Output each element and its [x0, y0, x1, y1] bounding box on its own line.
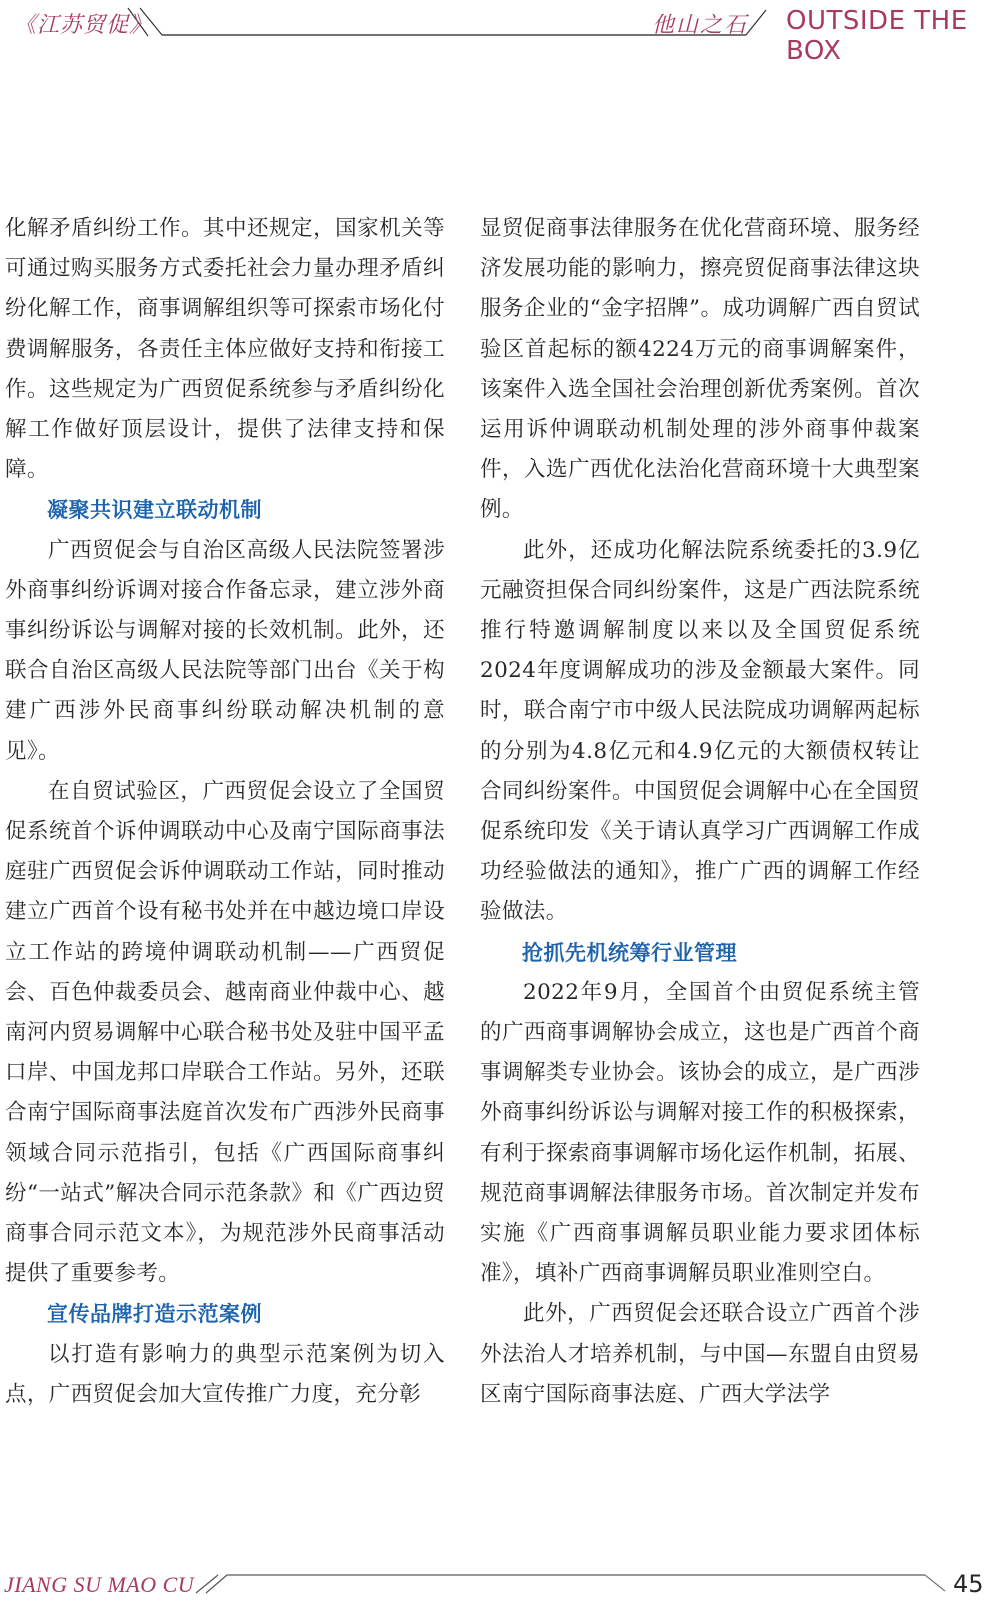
page-header: 《江苏贸促》 他山之石 OUTSIDE THE BOX: [0, 0, 1000, 60]
section-heading: 凝聚共识建立联动机制: [5, 490, 445, 530]
page-number: 45: [953, 1570, 984, 1598]
page-footer: JIANG SU MAO CU 45: [0, 1520, 1000, 1606]
paragraph: 此外，广西贸促会还联合设立广西首个涉外法治人才培养机制，与中国—东盟自由贸易区南…: [480, 1294, 920, 1415]
section-title-en: OUTSIDE THE BOX: [786, 6, 1000, 66]
publication-name-en: JIANG SU MAO CU: [4, 1572, 194, 1598]
paragraph: 显贸促商事法律服务在优化营商环境、服务经济发展功能的影响力，擦亮贸促商事法律这块…: [480, 209, 920, 531]
paragraph: 2022年9月，全国首个由贸促系统主管的广西商事调解协会成立，这也是广西首个商事…: [480, 973, 920, 1295]
paragraph: 以打造有影响力的典型示范案例为切入点，广西贸促会加大宣传推广力度，充分彰: [5, 1335, 445, 1415]
right-column: 显贸促商事法律服务在优化营商环境、服务经济发展功能的影响力，擦亮贸促商事法律这块…: [480, 209, 920, 1415]
section-heading: 宣传品牌打造示范案例: [5, 1294, 445, 1334]
left-column: 化解矛盾纠纷工作。其中还规定，国家机关等可通过购买服务方式委托社会力量办理矛盾纠…: [5, 209, 445, 1415]
section-heading: 抢抓先机统筹行业管理: [480, 933, 920, 973]
paragraph: 广西贸促会与自治区高级人民法院签署涉外商事纠纷诉调对接合作备忘录，建立涉外商事纠…: [5, 531, 445, 772]
publication-title: 《江苏贸促》: [14, 8, 152, 39]
section-title-cn: 他山之石: [652, 8, 748, 39]
paragraph: 化解矛盾纠纷工作。其中还规定，国家机关等可通过购买服务方式委托社会力量办理矛盾纠…: [5, 209, 445, 490]
paragraph: 在自贸试验区，广西贸促会设立了全国贸促系统首个诉仲调联动中心及南宁国际商事法庭驻…: [5, 772, 445, 1295]
paragraph: 此外，还成功化解法院系统委托的3.9亿元融资担保合同纠纷案件，这是广西法院系统推…: [480, 531, 920, 933]
